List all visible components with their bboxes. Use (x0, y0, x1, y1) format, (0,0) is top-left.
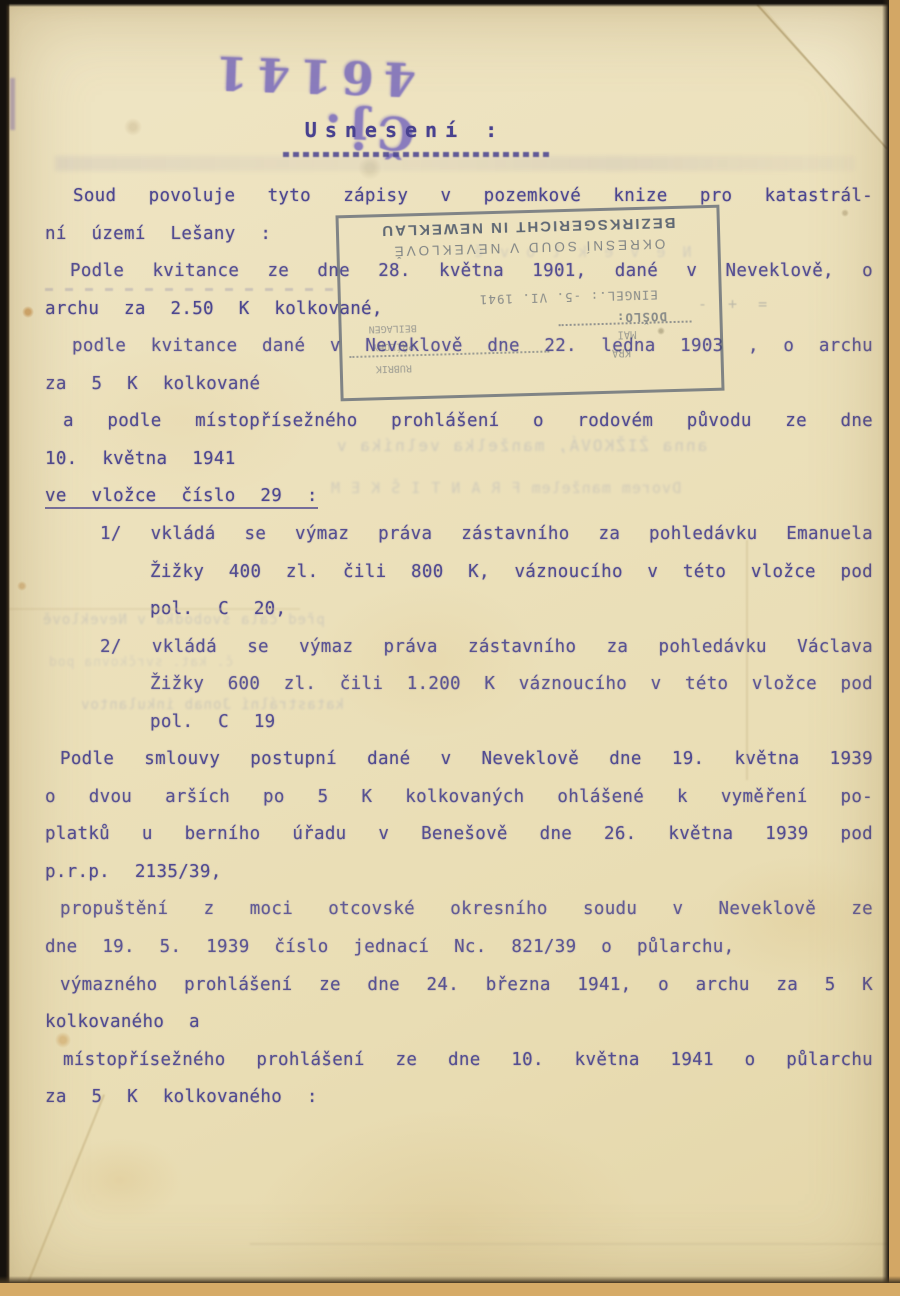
document-line: Podle smlouvy postupní dané v Neveklově … (60, 749, 873, 769)
scan-frame-right-tan (889, 0, 900, 1296)
document-line: 2/ vkládá se výmaz práva zástavního za p… (100, 637, 873, 657)
document-line: archu za 2.50 K kolkované, (45, 299, 383, 319)
court-received-stamp: BEZIRKSGERICHT IN NEWEKLAU OKRESNÍ SOUD … (335, 205, 724, 402)
scan-frame-top (0, 0, 900, 7)
title-underline (283, 152, 549, 157)
pencil-marks: - + = (698, 295, 788, 313)
document-line: pol. C 19 (150, 712, 276, 732)
document-line: Soud povoluje tyto zápisy v pozemkové kn… (73, 186, 873, 206)
scan-frame-right (882, 0, 891, 1296)
stamp-field-rubrik: RUBRIK (349, 362, 439, 376)
ink-smear (10, 78, 15, 130)
decision-title: Usnesení : (240, 118, 570, 142)
document-line: p.r.p. 2135/39, (45, 862, 222, 882)
stamp-field-prilohy: PŘÍLOHY (348, 340, 438, 354)
document-line: platků u berního úřadu v Benešově dne 26… (45, 824, 873, 844)
stamp-field-mai: MAI (592, 327, 662, 341)
stamp-eingel-date: EINGEL.: -5. VI. 1941 (441, 286, 696, 308)
ink-smudge-band (55, 156, 855, 171)
document-line: dne 19. 5. 1939 číslo jednací Nc. 821/39… (45, 937, 734, 957)
document-line: za 5 K kolkovaného : (45, 1087, 318, 1107)
scan-frame-bottom (0, 1276, 900, 1283)
document-line: ní území Lešany : (45, 224, 271, 244)
scan-frame-left (0, 0, 10, 1296)
document-line: místopřísežného prohlášení ze dne 10. kv… (63, 1050, 873, 1070)
document-line: Žižky 400 zl. čili 800 K, váznoucího v t… (150, 562, 873, 582)
document-line: Žižky 600 zl. čili 1.200 K váznoucího v … (150, 674, 873, 694)
document-line: a podle místopřísežného prohlášení o rod… (63, 411, 873, 431)
document-line: za 5 K kolkované (45, 374, 260, 394)
document-line: propuštění z moci otcovské okresního sou… (60, 899, 873, 919)
stamp-field-kra: KRA (586, 345, 656, 359)
scan-frame-bottom-tan (0, 1283, 900, 1296)
document-line: kolkovaného a (45, 1012, 200, 1032)
document-line: ve vložce číslo 29 : (45, 486, 318, 506)
stamp-field-beilagen: BEILAGEN (348, 322, 438, 336)
crease-line (250, 1243, 890, 1245)
document-line: 10. května 1941 (45, 449, 236, 469)
document-line: o dvou arších po 5 K kolkovaných ohlášen… (45, 787, 873, 807)
document-line: pol. C 20, (150, 599, 286, 619)
scanned-document-page: N e v e k l o v ěanna ŽIŽKOVÁ, manželka … (0, 0, 900, 1296)
fold-crease-line (757, 4, 888, 150)
document-line: 1/ vkládá se výmaz práva zástavního za p… (100, 524, 873, 544)
document-line: výmazného prohlášení ze dne 24. března 1… (60, 975, 873, 995)
